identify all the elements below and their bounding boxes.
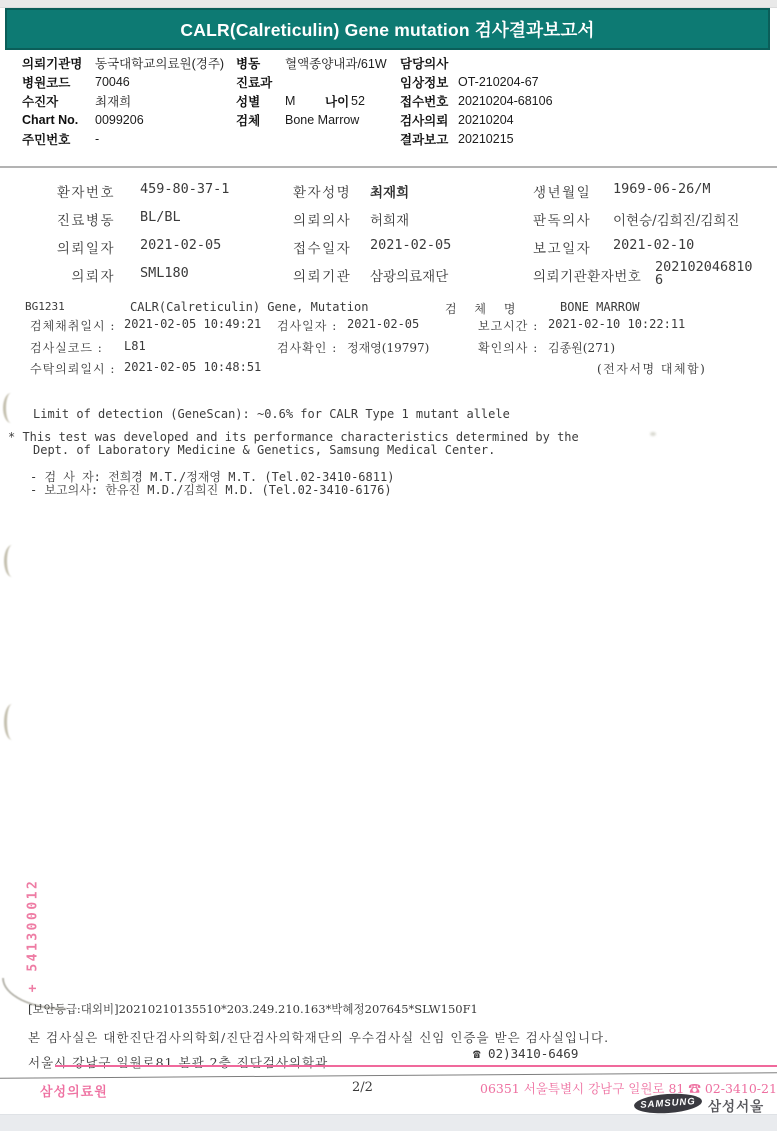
- field-label: 담당의사: [400, 54, 458, 72]
- field-value: 허희재: [370, 209, 409, 229]
- field-value: 52: [351, 94, 365, 108]
- info-left-column: 의뢰기관명동국대학교의료원(경주) 병원코드70046 수진자최재희 Chart…: [22, 54, 224, 148]
- field-value: 이현승/김희진/김희진: [613, 209, 739, 229]
- security-line: [보안등급:대외비]20210210135510*203.249.210.163…: [28, 1001, 478, 1017]
- test-header-row: BG1231 CALR(Calreticulin) Gene, Mutation…: [0, 300, 777, 318]
- top-strip: [0, 0, 777, 8]
- form-serial-number: + 541300012: [26, 862, 41, 1010]
- field-label: 검사의뢰: [400, 111, 458, 129]
- info-row: Chart No.0099206: [22, 110, 224, 129]
- header-divider: [0, 166, 777, 168]
- field-value: 2021-02-05: [370, 237, 451, 253]
- scan-artifact: [3, 393, 19, 423]
- patient-row: 환자번호 459-80-37-1 환자성명 최재희 생년월일 1969-06-2…: [0, 181, 777, 201]
- field-label: 병동: [236, 54, 285, 72]
- test-name: CALR(Calreticulin) Gene, Mutation: [130, 300, 368, 314]
- field-value: 2021-02-10: [613, 237, 694, 253]
- field-value: SML180: [140, 265, 189, 281]
- field-value: 2021020468106: [655, 261, 757, 286]
- test-row: 검사실코드L81 검사확인정재영(19797) 확인의사김종원(271): [0, 339, 777, 357]
- field-value: 2021-02-05: [347, 317, 419, 334]
- field-label: 의뢰기관: [293, 265, 351, 285]
- info-row: 성별M나이52: [236, 92, 387, 111]
- info-row: 병원코드70046: [22, 73, 224, 92]
- field-label: 의뢰일자: [30, 237, 115, 257]
- field-label: 접수일자: [293, 237, 351, 257]
- pink-divider: [55, 1065, 777, 1067]
- field-label: 진료병동: [30, 209, 115, 229]
- field-value: 70046: [95, 75, 130, 89]
- field-label: 접수번호: [400, 92, 458, 110]
- report-page: CALR(Calreticulin) Gene mutation 검사결과보고서…: [0, 0, 777, 1131]
- scan-artifact: [650, 432, 656, 436]
- field-label: 병원코드: [22, 73, 95, 91]
- field-label: 검체: [236, 111, 285, 129]
- report-title-bar: CALR(Calreticulin) Gene mutation 검사결과보고서: [5, 8, 770, 50]
- field-label: 수진자: [22, 92, 95, 110]
- info-row: 병동혈액종양내과/61W: [236, 54, 387, 73]
- field-label: 판독의사: [533, 209, 591, 229]
- specimen-value: BONE MARROW: [560, 300, 639, 314]
- result-note-line2: Dept. of Laboratory Medicine & Genetics,…: [33, 443, 495, 457]
- field-label: 의뢰기관명: [22, 54, 95, 72]
- field-label: 성별: [236, 92, 285, 110]
- bottom-strip: [0, 1114, 777, 1131]
- dept-phone: ☎ 02)3410-6469: [473, 1046, 578, 1061]
- field-label: 주민번호: [22, 130, 95, 148]
- report-title: CALR(Calreticulin) Gene mutation 검사결과보고서: [180, 17, 594, 42]
- field-value: 동국대학교의료원(경주): [95, 54, 224, 72]
- info-right-column: 담당의사 임상정보OT-210204-67 접수번호20210204-68106…: [400, 54, 553, 148]
- field-label: 의뢰의사: [293, 209, 351, 229]
- field-value: 혈액종양내과/61W: [285, 54, 387, 72]
- info-row: 진료과: [236, 73, 387, 92]
- scan-edge-line: [0, 1072, 777, 1078]
- field-label: 환자성명: [293, 181, 351, 201]
- field-label: 진료과: [236, 73, 285, 91]
- field-value: 최재희: [95, 92, 131, 110]
- info-row: 접수번호20210204-68106: [400, 92, 553, 111]
- info-row: 주민번호-: [22, 129, 224, 148]
- field-value: L81: [124, 339, 146, 356]
- field-value: 정재영(19797): [347, 339, 429, 356]
- field-value: BL/BL: [140, 209, 181, 225]
- info-row: 검체Bone Marrow: [236, 110, 387, 129]
- info-row: 담당의사: [400, 54, 553, 73]
- patient-row: 의뢰자 SML180 의뢰기관 삼광의료재단 의뢰기관환자번호 20210204…: [0, 265, 777, 285]
- field-value: 삼광의료재단: [370, 265, 448, 285]
- field-value: 2021-02-10 10:22:11: [548, 317, 685, 334]
- esign-note: (전자서명 대체함): [597, 360, 706, 377]
- field-value: 최재희: [370, 181, 409, 201]
- field-label: 의뢰자: [30, 265, 115, 285]
- samsung-logo-text: SAMSUNG: [640, 1096, 696, 1111]
- field-value: 1969-06-26/M: [613, 181, 711, 197]
- field-label: 환자번호: [30, 181, 115, 201]
- scan-artifact: [4, 545, 20, 577]
- field-label: 보고일자: [533, 237, 591, 257]
- field-value: 2021-02-05: [140, 237, 221, 253]
- field-label: 나이: [325, 92, 351, 110]
- field-label: 검사실코드: [30, 339, 112, 356]
- field-label: 결과보고: [400, 130, 458, 148]
- field-label: 검체채취일시: [30, 317, 112, 334]
- field-value: 20210204: [458, 113, 514, 127]
- field-label: Chart No.: [22, 113, 95, 127]
- dept-address: 서울시 강남구 일원로81 본관 2층 진단검사의학과: [28, 1053, 328, 1071]
- info-row: 임상정보OT-210204-67: [400, 73, 553, 92]
- result-note-line1: * This test was developed and its perfor…: [8, 430, 579, 444]
- field-value: 20210215: [458, 132, 514, 146]
- accreditation-line: 본 검사실은 대한진단검사의학회/진단검사의학재단의 우수검사실 신임 인증을 …: [28, 1028, 609, 1046]
- test-row: 수탁의뢰일시2021-02-05 10:48:51 (전자서명 대체함): [0, 360, 777, 378]
- result-reporter: - 보고의사: 한유진 M.D./김희진 M.D. (Tel.02-3410-6…: [30, 481, 392, 498]
- field-label: 수탁의뢰일시: [30, 360, 112, 377]
- info-row: 결과보고20210215: [400, 129, 553, 148]
- result-lod: Limit of detection (GeneScan): ~0.6% for…: [33, 407, 510, 421]
- patient-row: 의뢰일자 2021-02-05 접수일자 2021-02-05 보고일자 202…: [0, 237, 777, 257]
- field-label: 임상정보: [400, 73, 458, 91]
- field-label: 확인의사: [478, 339, 536, 356]
- field-value: -: [95, 132, 99, 146]
- patient-row: 진료병동 BL/BL 의뢰의사 허희재 판독의사 이현승/김희진/김희진: [0, 209, 777, 229]
- info-row: 검사의뢰20210204: [400, 110, 553, 129]
- field-label: 검사일자: [277, 317, 335, 334]
- field-value: 2021-02-05 10:49:21: [124, 317, 261, 334]
- test-code: BG1231: [25, 300, 65, 313]
- info-row: 의뢰기관명동국대학교의료원(경주): [22, 54, 224, 73]
- info-row: 수진자최재희: [22, 92, 224, 111]
- field-label: 검사확인: [277, 339, 335, 356]
- field-label: 생년월일: [533, 181, 591, 201]
- field-value: 0099206: [95, 113, 144, 127]
- page-number: 2/2: [352, 1080, 373, 1095]
- field-value: Bone Marrow: [285, 113, 359, 127]
- field-value: 2021-02-05 10:48:51: [124, 360, 261, 377]
- field-label: 보고시간: [478, 317, 536, 334]
- field-value: 20210204-68106: [458, 94, 553, 108]
- scan-artifact: [4, 704, 20, 740]
- field-label: 의뢰기관환자번호: [533, 265, 641, 285]
- test-row: 검체채취일시2021-02-05 10:49:21 검사일자2021-02-05…: [0, 317, 777, 335]
- field-value: 459-80-37-1: [140, 181, 229, 197]
- info-mid-column: 병동혈액종양내과/61W 진료과 성별M나이52 검체Bone Marrow: [236, 54, 387, 129]
- field-value: M: [285, 94, 325, 108]
- field-label: 검 체 명: [445, 300, 522, 317]
- field-value: 김종원(271): [548, 339, 615, 356]
- field-value: OT-210204-67: [458, 75, 539, 89]
- org-name: 삼성의료원: [40, 1081, 108, 1100]
